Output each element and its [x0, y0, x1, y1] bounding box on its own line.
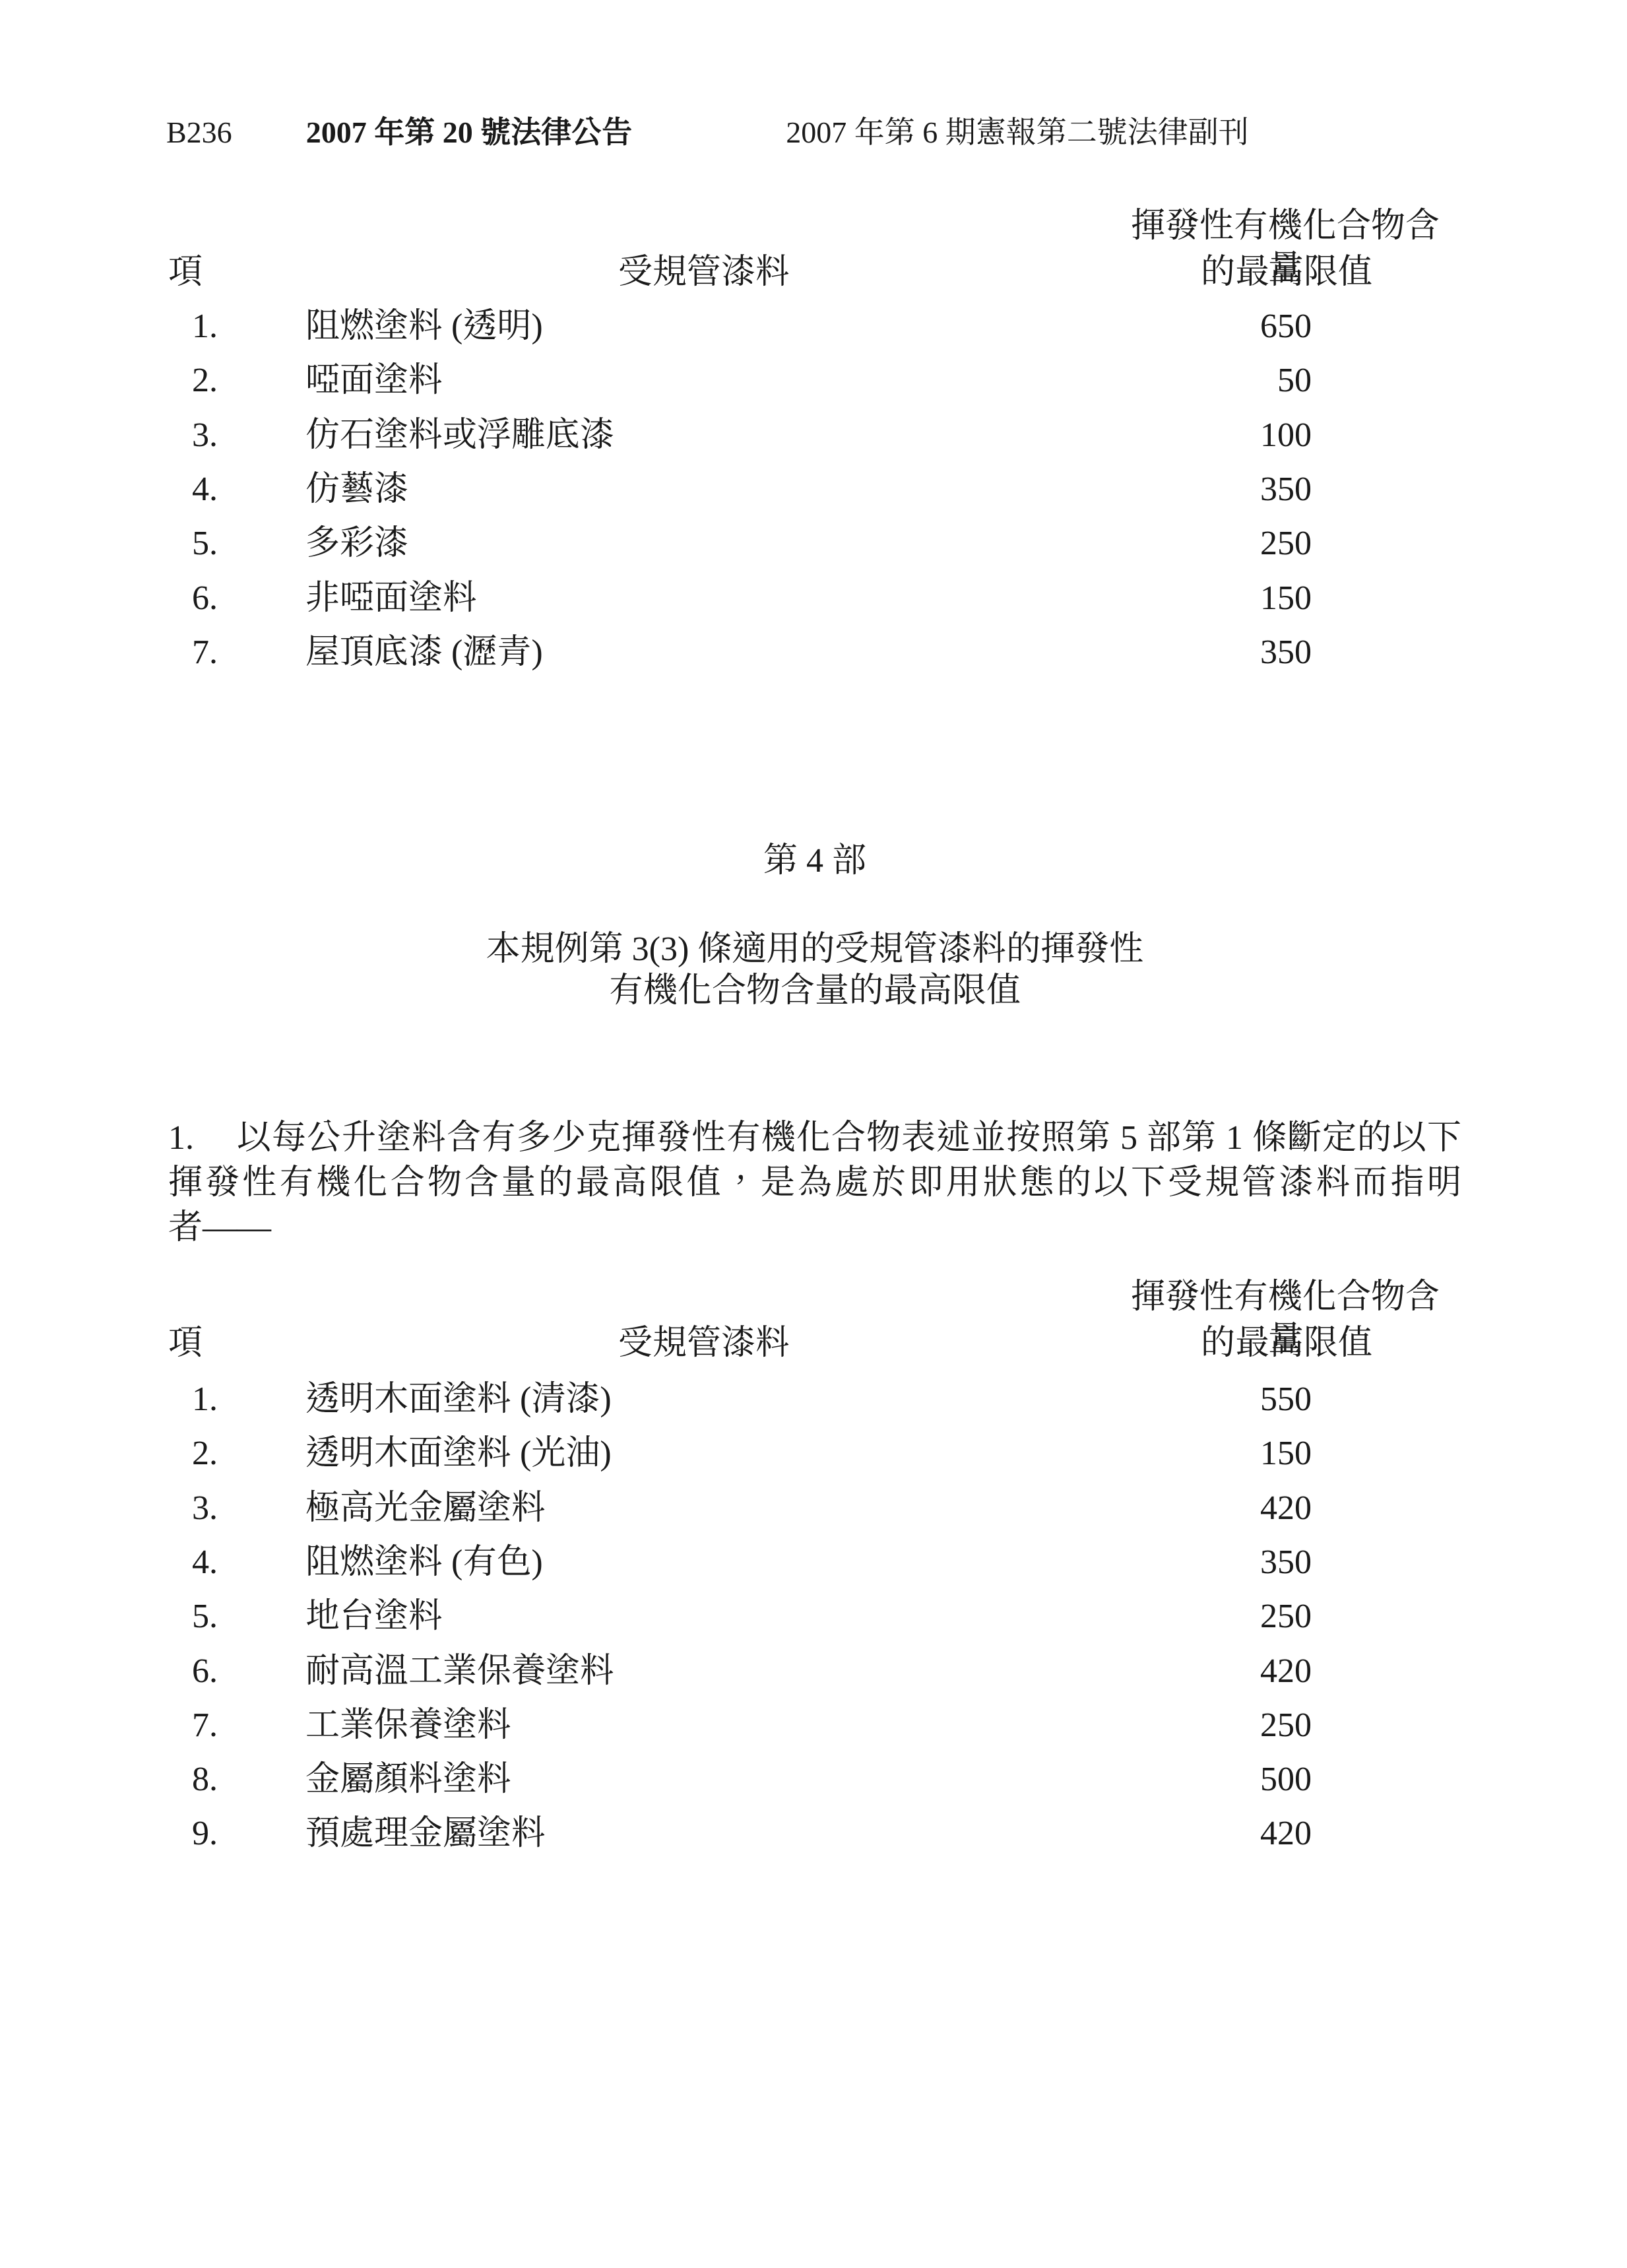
row-index: 1. — [192, 1377, 218, 1422]
gazette-supplement-title: 2007 年第 6 期憲報第二號法律副刊 — [773, 116, 1261, 149]
row-index: 3. — [192, 1486, 218, 1531]
row-index: 5. — [192, 521, 218, 566]
voc-limit-value: 420 — [1260, 1649, 1312, 1694]
table-row: 1. 透明木面塗料 (清漆) 550 — [168, 1377, 1461, 1422]
table2-header-row: 項 受規管漆料 的最高限值 — [168, 1322, 1461, 1365]
row-index: 5. — [192, 1594, 218, 1639]
voc-limit-value: 500 — [1260, 1757, 1312, 1802]
paint-name: 耐高溫工業保養塗料 — [305, 1649, 614, 1694]
paint-name: 透明木面塗料 (光油) — [305, 1431, 612, 1476]
running-header: B236 2007 年第 20 號法律公告 2007 年第 6 期憲報第二號法律… — [0, 116, 1627, 149]
paragraph-number: 1. — [168, 1116, 236, 1161]
table1-limit-header-line1: 揮發性有機化合物含量 — [1120, 205, 1450, 247]
voc-limit-value: 350 — [1260, 1540, 1312, 1585]
table2-item-column-header: 項 — [168, 1322, 203, 1365]
voc-limit-value: 150 — [1260, 576, 1312, 621]
table-row: 5. 多彩漆 250 — [168, 521, 1461, 566]
table1-item-column-header: 項 — [168, 251, 203, 294]
table-row: 3. 仿石塗料或浮雕底漆 100 — [168, 413, 1461, 458]
voc-limit-value: 550 — [1260, 1377, 1312, 1422]
paint-name: 工業保養塗料 — [305, 1703, 511, 1748]
part-heading: 第 4 部 — [168, 840, 1461, 882]
row-index: 7. — [192, 1703, 218, 1748]
paragraph-1-line3: 者—— — [168, 1206, 1461, 1250]
table-row: 4. 仿藝漆 350 — [168, 467, 1461, 512]
voc-limit-value: 150 — [1260, 1431, 1312, 1476]
gazette-page: B236 2007 年第 20 號法律公告 2007 年第 6 期憲報第二號法律… — [0, 0, 1627, 2268]
paint-name: 多彩漆 — [305, 521, 408, 566]
paint-name: 金屬顏料塗料 — [305, 1757, 511, 1802]
legal-notice-title: 2007 年第 20 號法律公告 — [301, 116, 637, 149]
row-index: 4. — [192, 1540, 218, 1585]
table2-limit-header-line1: 揮發性有機化合物含量 — [1120, 1276, 1450, 1318]
table1-paint-column-header: 受規管漆料 — [539, 251, 869, 294]
voc-limit-value: 50 — [1277, 358, 1312, 403]
table-row: 5. 地台塗料 250 — [168, 1594, 1461, 1639]
table1-header-row: 項 受規管漆料 的最高限值 — [168, 251, 1461, 294]
row-index: 9. — [192, 1811, 218, 1856]
table-row: 2. 啞面塗料 50 — [168, 358, 1461, 403]
voc-limit-value: 420 — [1260, 1486, 1312, 1531]
paragraph-1-line1-text: 以每公升塗料含有多少克揮發性有機化合物表述並按照第 5 部第 1 條斷定的以下 — [236, 1119, 1461, 1157]
table-row: 6. 非啞面塗料 150 — [168, 576, 1461, 621]
table-row: 2. 透明木面塗料 (光油) 150 — [168, 1431, 1461, 1476]
row-index: 2. — [192, 358, 218, 403]
row-index: 8. — [192, 1757, 218, 1802]
row-index: 7. — [192, 630, 218, 675]
paint-name: 啞面塗料 — [305, 358, 443, 403]
paint-name: 阻燃塗料 (透明) — [305, 304, 543, 349]
row-index: 4. — [192, 467, 218, 512]
table-row: 1. 阻燃塗料 (透明) 650 — [168, 304, 1461, 349]
paint-name: 預處理金屬塗料 — [305, 1811, 546, 1856]
table-row: 9. 預處理金屬塗料 420 — [168, 1811, 1461, 1856]
paint-name: 地台塗料 — [305, 1594, 443, 1639]
paragraph-1: 1.以每公升塗料含有多少克揮發性有機化合物表述並按照第 5 部第 1 條斷定的以… — [168, 1116, 1461, 1250]
paint-name: 極高光金屬塗料 — [305, 1486, 546, 1531]
table-row: 4. 阻燃塗料 (有色) 350 — [168, 1540, 1461, 1585]
paint-name: 仿藝漆 — [305, 467, 408, 512]
row-index: 1. — [192, 304, 218, 349]
table-row: 8. 金屬顏料塗料 500 — [168, 1757, 1461, 1802]
voc-limit-value: 250 — [1260, 521, 1312, 566]
part-subtitle: 本規例第 3(3) 條適用的受規管漆料的揮發性 有機化合物含量的最高限值 — [168, 928, 1461, 1012]
voc-limit-value: 650 — [1260, 304, 1312, 349]
table-row: 7. 屋頂底漆 (瀝青) 350 — [168, 630, 1461, 675]
table-row: 7. 工業保養塗料 250 — [168, 1703, 1461, 1748]
row-index: 6. — [192, 1649, 218, 1694]
paint-name: 屋頂底漆 (瀝青) — [305, 630, 543, 675]
part-subtitle-line1: 本規例第 3(3) 條適用的受規管漆料的揮發性 — [168, 928, 1461, 970]
table2-limit-header-line2: 的最高限值 — [1122, 1322, 1452, 1365]
paint-name: 仿石塗料或浮雕底漆 — [305, 413, 614, 458]
voc-limit-value: 250 — [1260, 1703, 1312, 1748]
part-subtitle-line2: 有機化合物含量的最高限值 — [168, 970, 1461, 1012]
paragraph-1-line1: 1.以每公升塗料含有多少克揮發性有機化合物表述並按照第 5 部第 1 條斷定的以… — [168, 1116, 1461, 1161]
paragraph-1-line2: 揮發性有機化合物含量的最高限值，是為處於即用狀態的以下受規管漆料而指明 — [168, 1161, 1461, 1206]
table2-paint-column-header: 受規管漆料 — [539, 1322, 869, 1365]
paint-name: 透明木面塗料 (清漆) — [305, 1377, 612, 1422]
voc-limit-value: 250 — [1260, 1594, 1312, 1639]
paint-name: 阻燃塗料 (有色) — [305, 1540, 543, 1585]
paint-name: 非啞面塗料 — [305, 576, 477, 621]
voc-limit-value: 350 — [1260, 467, 1312, 512]
row-index: 3. — [192, 413, 218, 458]
voc-limit-value: 100 — [1260, 413, 1312, 458]
table1-limit-header-line2: 的最高限值 — [1122, 251, 1452, 294]
voc-limit-value: 420 — [1260, 1811, 1312, 1856]
table-row: 3. 極高光金屬塗料 420 — [168, 1486, 1461, 1531]
row-index: 6. — [192, 576, 218, 621]
table-row: 6. 耐高溫工業保養塗料 420 — [168, 1649, 1461, 1694]
page-number: B236 — [166, 116, 232, 149]
voc-limit-value: 350 — [1260, 630, 1312, 675]
row-index: 2. — [192, 1431, 218, 1476]
